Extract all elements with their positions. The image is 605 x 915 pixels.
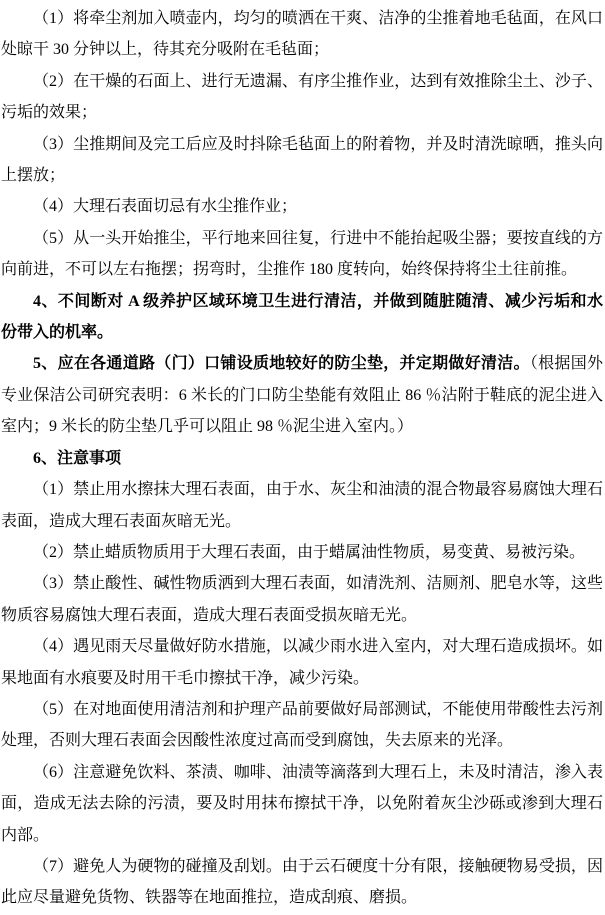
point-4-text: 4、不间断对 A 级养护区域环境卫生进行清洁，并做到随脏随清、减少污垢和水份带入… [1,293,603,341]
paragraph-dust-push-step-5: （5）从一头开始推尘，平行地来回往复，行进中不能抬起吸尘器；要按直线的方向前进，… [1,223,603,286]
note-3-text: （3）禁止酸性、碱性物质洒到大理石表面，如清洗剂、洁厕剂、肥皂水等，这些物质容易… [1,575,603,623]
dust-push-step-3-text: （3）尘推期间及完工后应及时抖除毛毡面上的附着物，并及时清洗晾晒，推头向上摆放； [1,136,603,184]
paragraph-dust-push-step-1: （1）将牵尘剂加入喷壶内，均匀的喷洒在干爽、洁净的尘推着地毛毡面，在风口处晾干 … [1,3,603,66]
note-2-text: （2）禁止蜡质物质用于大理石表面，由于蜡属油性物质，易变黄、易被污染。 [33,544,585,561]
paragraph-dust-push-step-3: （3）尘推期间及完工后应及时抖除毛毡面上的附着物，并及时清洗晾晒，推头向上摆放； [1,129,603,192]
note-5-text: （5）在对地面使用清洁剂和护理产品前要做好局部测试，不能使用带酸性去污剂处理，否… [1,701,603,749]
dust-push-step-4-text: （4）大理石表面切忌有水尘推作业； [33,198,297,215]
document-page: （1）将牵尘剂加入喷壶内，均匀的喷洒在干爽、洁净的尘推着地毛毡面，在风口处晾干 … [0,0,605,915]
note-7-text: （7）避免人为硬物的碰撞及刮划。由于云石硬度十分有限，接触硬物易受损，因此应尽量… [1,858,603,906]
paragraph-dust-push-step-2: （2）在干燥的石面上、进行无遗漏、有序尘推作业，达到有效推除尘土、沙子、污垢的效… [1,66,603,129]
paragraph-point-5: 5、应在各通道路（门）口铺设质地较好的防尘垫，并定期做好清洁。（根据国外专业保洁… [1,348,603,442]
paragraph-point-4: 4、不间断对 A 级养护区域环境卫生进行清洁，并做到随脏随清、减少污垢和水份带入… [1,286,603,349]
point-5-bold-text: 5、应在各通道路（门）口铺设质地较好的防尘垫，并定期做好清洁。 [33,355,530,372]
section-6-heading: 6、注意事项 [1,443,603,474]
paragraph-note-6: （6）注意避免饮料、茶渍、咖啡、油渍等滴落到大理石上，未及时清洁，渗入表面，造成… [1,757,603,851]
paragraph-note-7: （7）避免人为硬物的碰撞及刮划。由于云石硬度十分有限，接触硬物易受损，因此应尽量… [1,851,603,914]
paragraph-dust-push-step-4: （4）大理石表面切忌有水尘推作业； [1,191,603,222]
paragraph-note-3: （3）禁止酸性、碱性物质洒到大理石表面，如清洗剂、洁厕剂、肥皂水等，这些物质容易… [1,568,603,631]
section-6-heading-text: 6、注意事项 [33,450,121,467]
paragraph-note-1: （1）禁止用水擦抹大理石表面，由于水、灰尘和油渍的混合物最容易腐蚀大理石表面，造… [1,474,603,537]
note-6-text: （6）注意避免饮料、茶渍、咖啡、油渍等滴落到大理石上，未及时清洁，渗入表面，造成… [1,764,603,844]
paragraph-note-4: （4）遇见雨天尽量做好防水措施，以减少雨水进入室内，对大理石造成损坏。如果地面有… [1,631,603,694]
paragraph-note-5: （5）在对地面使用清洁剂和护理产品前要做好局部测试，不能使用带酸性去污剂处理，否… [1,694,603,757]
note-1-text: （1）禁止用水擦抹大理石表面，由于水、灰尘和油渍的混合物最容易腐蚀大理石表面，造… [1,481,603,529]
note-4-text: （4）遇见雨天尽量做好防水措施，以减少雨水进入室内，对大理石造成损坏。如果地面有… [1,638,603,686]
dust-push-step-1-text: （1）将牵尘剂加入喷壶内，均匀的喷洒在干爽、洁净的尘推着地毛毡面，在风口处晾干 … [1,10,603,58]
dust-push-step-2-text: （2）在干燥的石面上、进行无遗漏、有序尘推作业，达到有效推除尘土、沙子、污垢的效… [1,73,603,121]
dust-push-step-5-text: （5）从一头开始推尘，平行地来回往复，行进中不能抬起吸尘器；要按直线的方向前进，… [1,230,603,278]
paragraph-note-2: （2）禁止蜡质物质用于大理石表面，由于蜡属油性物质，易变黄、易被污染。 [1,537,603,568]
